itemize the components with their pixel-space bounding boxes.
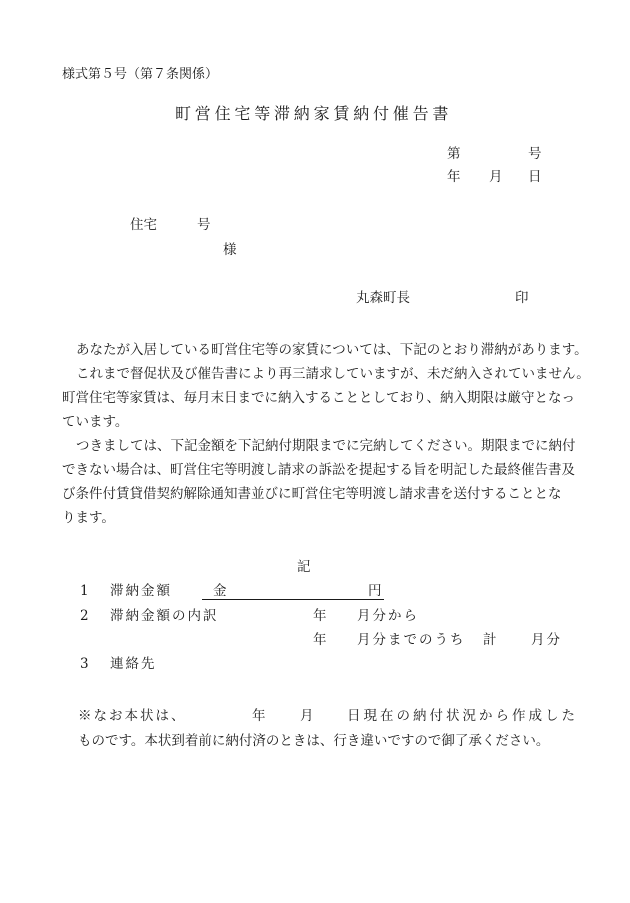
addressee-housing: 住宅 — [130, 219, 157, 233]
addressee-number: 号 — [197, 219, 211, 233]
item-2-number: 2 — [80, 610, 89, 624]
addressee-honorific: 様 — [223, 244, 237, 258]
ki-heading: 記 — [297, 561, 311, 575]
item-2-total-label: 計 — [483, 634, 497, 648]
item-2-total-months: 月分 — [531, 634, 562, 648]
body-line-6: できない場合は、町営住宅等明渡し請求の訴訟を提起する旨を明記した最終催告書及 — [62, 458, 582, 482]
note-year: 年 — [252, 710, 266, 724]
body-line-8: ります。 — [62, 506, 582, 530]
document-title: 町営住宅等滞納家賃納付催告書 — [175, 106, 452, 122]
sender-name: 丸森町長 — [356, 292, 410, 306]
reference-go: 号 — [528, 148, 542, 162]
note-line1-suffix: 日現在の納付状況から作成した — [347, 710, 578, 724]
item-2-to-month: 月分までのうち — [357, 634, 466, 648]
date-day: 日 — [528, 171, 542, 185]
note-line2: ものです。本状到着前に納付済のときは、行き違いですので御了承ください。 — [78, 735, 549, 749]
body-line-7: び条件付賃貸借契約解除通知書並びに町営住宅等明渡し請求書を送付することとな — [62, 482, 582, 506]
date-month: 月 — [489, 171, 503, 185]
body-line-4: ています。 — [62, 410, 582, 434]
item-1-amount-prefix: 金 — [213, 585, 227, 599]
body-line-5: つきましては、下記金額を下記納付期限までに完納してください。期限までに納付 — [76, 434, 596, 458]
arrears-amount-field — [202, 584, 384, 600]
item-3-number: 3 — [80, 658, 89, 672]
item-2-from-year: 年 — [313, 610, 327, 624]
body-line-1: あなたが入居している町営住宅等の家賃については、下記のとおり滞納があります。 — [76, 338, 596, 362]
item-2-from-month: 月分から — [357, 610, 419, 624]
item-2-to-year: 年 — [313, 634, 327, 648]
item-3-label: 連絡先 — [110, 658, 157, 672]
item-1-amount-suffix: 円 — [368, 585, 382, 599]
reference-dai: 第 — [447, 148, 461, 162]
item-1-label: 滞納金額 — [110, 585, 172, 599]
item-1-number: 1 — [80, 585, 89, 599]
form-number: 様式第５号（第７条関係） — [62, 68, 218, 81]
note-line1-prefix: ※なお本状は、 — [78, 710, 187, 724]
sender-seal: 印 — [515, 292, 529, 306]
body-line-2: これまで督促状及び催告書により再三請求していますが、未だ納入されていません。 — [76, 362, 596, 386]
body-line-3: 町営住宅等家賃は、毎月末日までに納入することとしており、納入期限は厳守となっ — [62, 386, 582, 410]
date-year: 年 — [447, 171, 461, 185]
item-2-label: 滞納金額の内訳 — [110, 610, 219, 624]
note-month: 月 — [300, 710, 314, 724]
